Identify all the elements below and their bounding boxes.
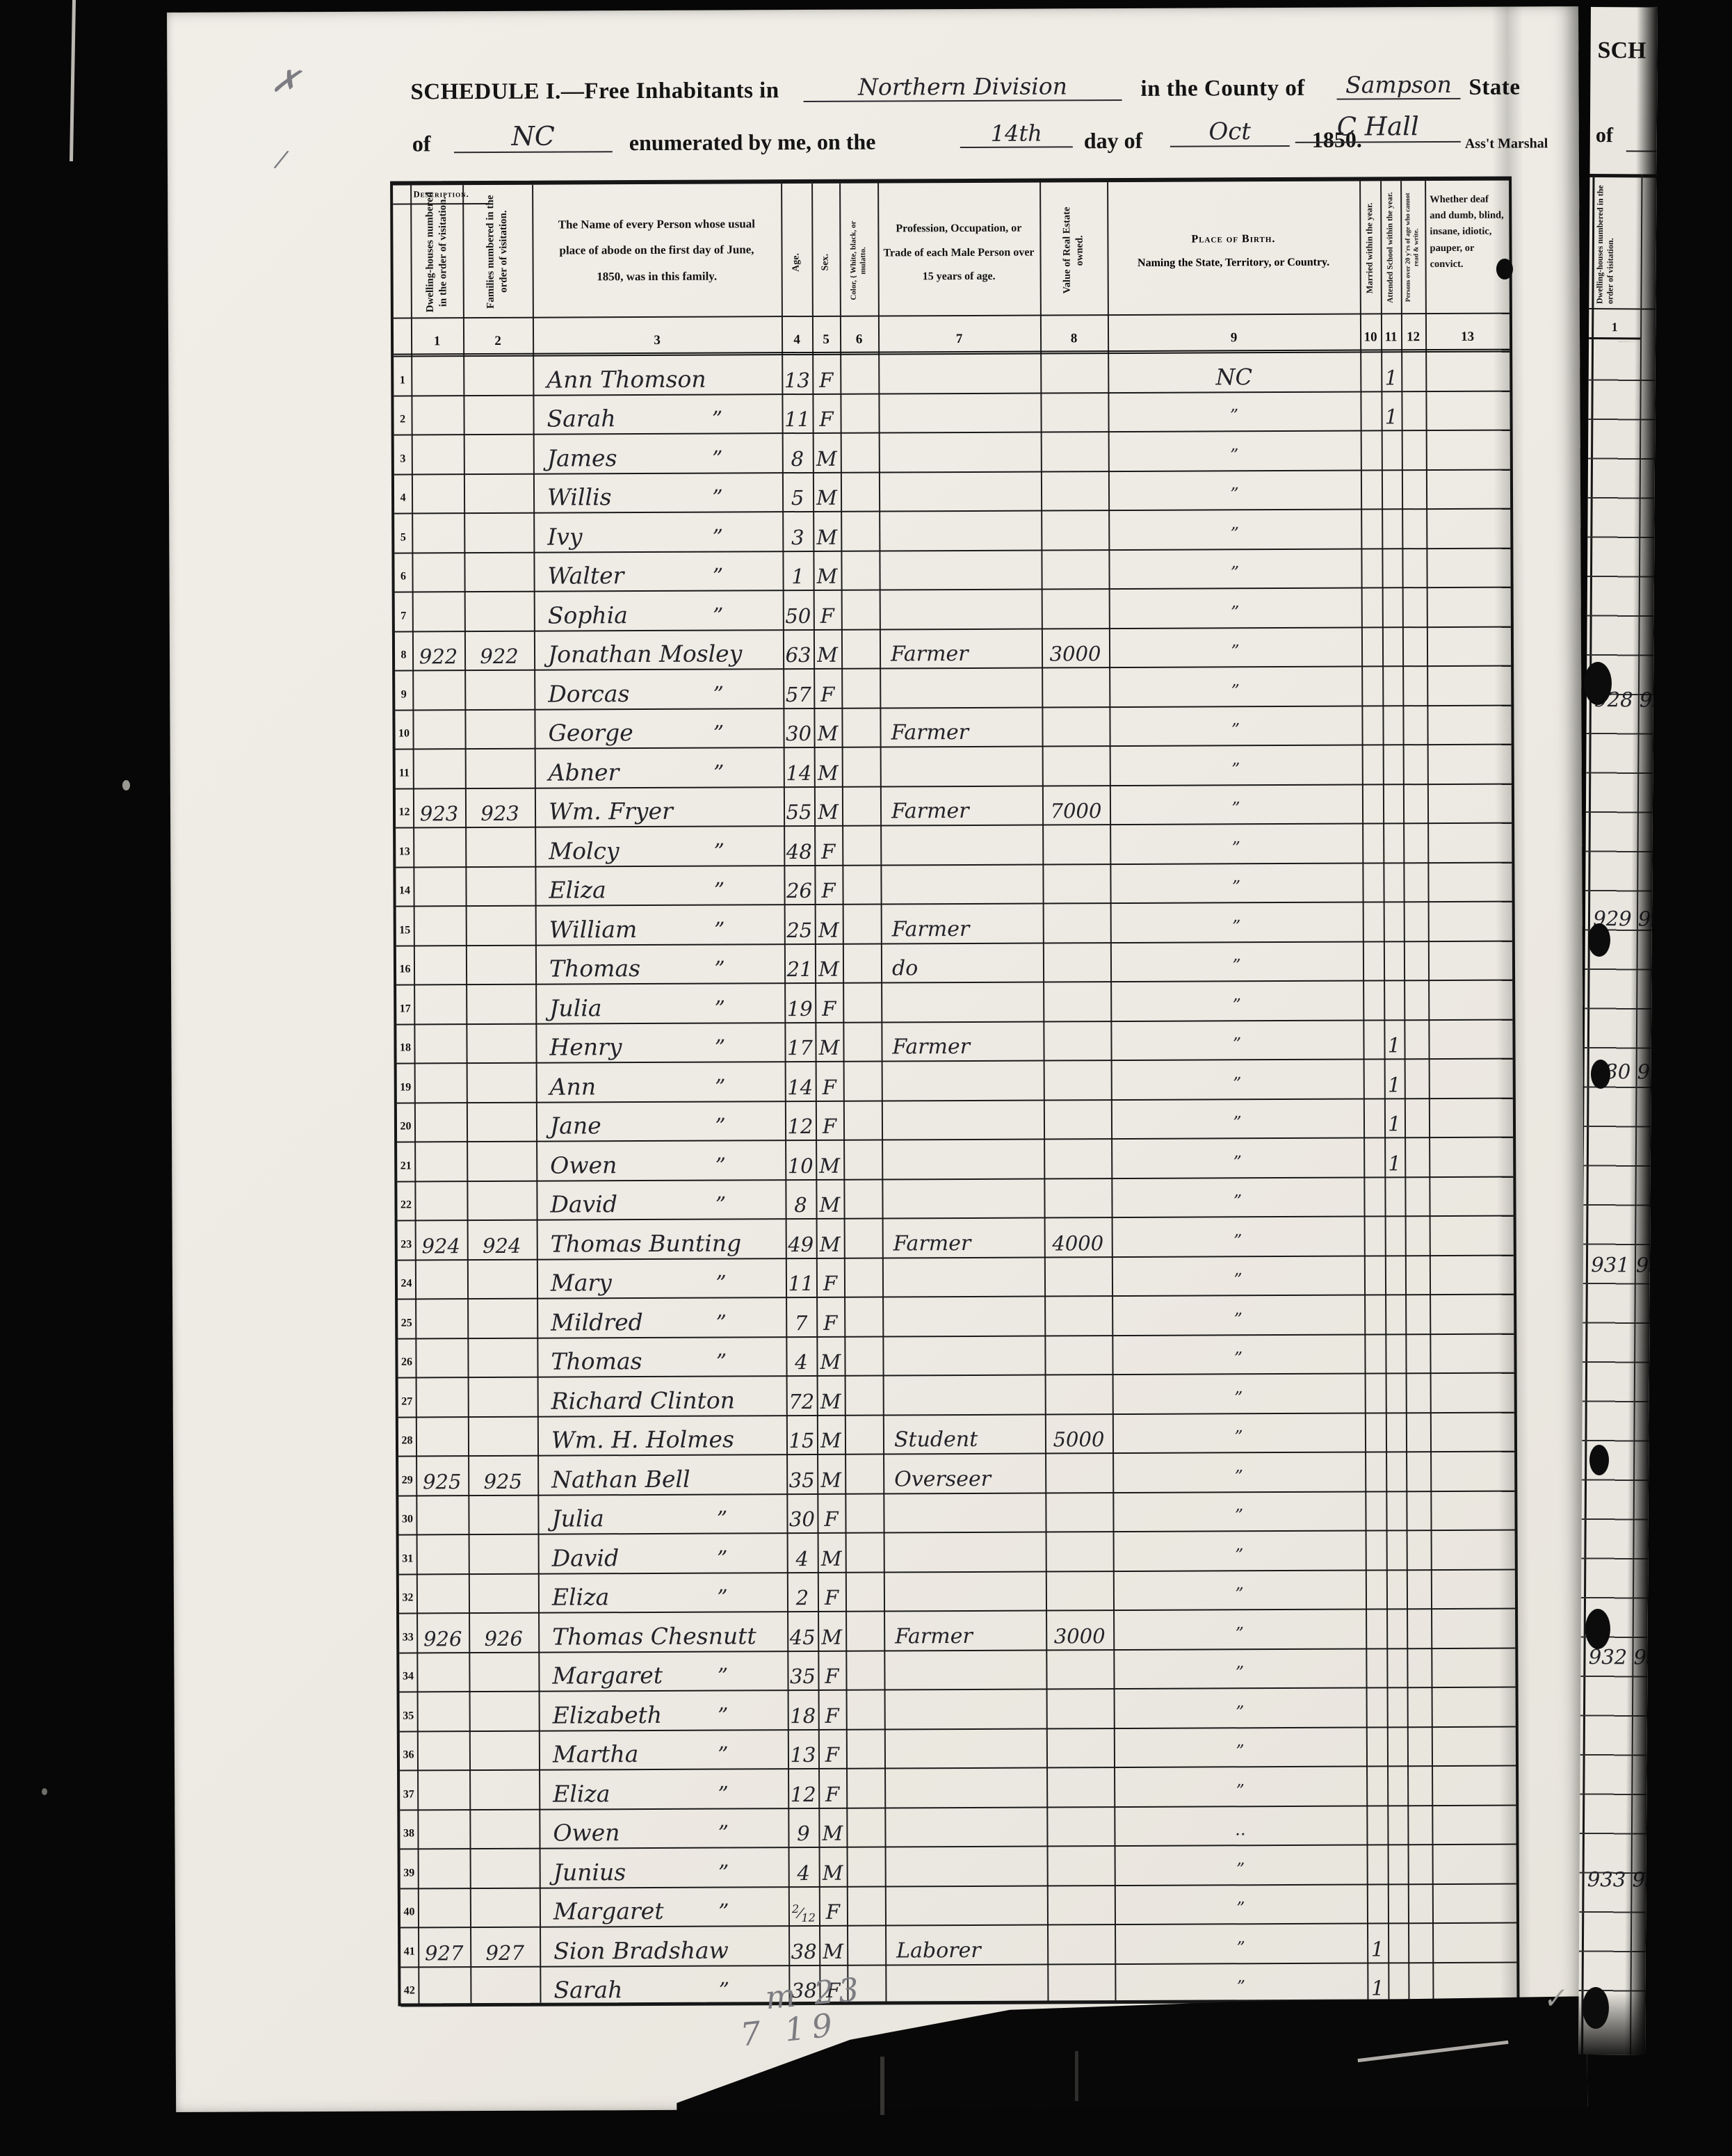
cell-birthplace: ” (1112, 1308, 1364, 1329)
marshal-signature: C Hall (1295, 111, 1461, 143)
row-line-number: 28 (398, 1434, 416, 1447)
cell-name-ditto: ” (696, 1153, 745, 1178)
cell-birthplace: ” (1113, 1583, 1366, 1604)
cell-age: 45 (787, 1625, 818, 1648)
row-line-number: 8 (395, 649, 412, 661)
cell-sex: M (813, 525, 841, 549)
row-line-number: 7 (395, 610, 412, 622)
row-line-number: 37 (400, 1788, 417, 1801)
table-row: 17 Julia ” 19 F ” (396, 981, 1512, 1026)
cell-birthplace: ” (1112, 1466, 1365, 1486)
cell-age: 72 (786, 1389, 817, 1413)
ink-blot (1591, 1060, 1610, 1089)
cell-dwelling-number: 926 (416, 1627, 469, 1651)
cell-name: Thomas Bunting (537, 1229, 725, 1257)
cell-occupation (882, 1334, 1055, 1334)
row-line-number: 40 (400, 1906, 418, 1918)
state-handwritten: NC (454, 120, 613, 153)
cell-value: 3000 (1046, 1624, 1113, 1648)
cell-occupation (884, 1608, 1057, 1609)
table-row: 20 Jane ” 12 F ” 1 (397, 1099, 1513, 1143)
cell-name-ditto: ” (699, 1742, 747, 1767)
cell-name-ditto: ” (695, 878, 743, 902)
next-page-family-number: 92 (1638, 907, 1658, 930)
row-line-number: 13 (396, 845, 413, 858)
cell-age: 49 (786, 1232, 816, 1256)
column-number: 8 (1040, 331, 1108, 346)
cell-birthplace: ” (1111, 1191, 1363, 1212)
column-number: 5 (812, 332, 840, 348)
cell-name: Ann Thomson (533, 365, 720, 393)
cell-sex: M (816, 1232, 844, 1256)
table-row: 38 Owen ” 9 M .. (400, 1806, 1516, 1850)
cell-family-number: 922 (464, 645, 534, 668)
table-row: 7 Sophia ” 50 F ” (395, 588, 1511, 633)
cell-sex: F (815, 996, 843, 1020)
row-line-number: 9 (395, 688, 412, 701)
census-table: Dwelling-houses numbered in the order of… (390, 177, 1519, 2007)
of-label: of (412, 131, 431, 156)
table-row: 27 Richard Clinton 72 M ” (398, 1374, 1514, 1418)
cell-sex: M (813, 486, 841, 510)
cell-occupation (879, 469, 1052, 470)
cell-occupation (880, 587, 1053, 587)
next-page-of-label: of (1596, 124, 1613, 147)
cell-age: 5 (782, 486, 813, 510)
row-line-number: 24 (398, 1277, 415, 1290)
cell-birthplace: ” (1115, 1897, 1367, 1918)
cell-married: 1 (1367, 1976, 1388, 2000)
cell-value: 7000 (1042, 799, 1110, 822)
cell-sex: M (816, 1153, 843, 1177)
cell-birthplace: ” (1110, 837, 1362, 858)
cell-birthplace: ” (1111, 1112, 1363, 1133)
column-number: 12 (1401, 330, 1425, 345)
col-header-value: Value of Real Estate owned. (1061, 191, 1087, 310)
cell-sex: M (814, 722, 841, 745)
row-line-number: 4 (394, 492, 412, 504)
cell-age: 50 (783, 603, 814, 627)
cell-birthplace: ” (1110, 877, 1362, 898)
cell-sex: F (818, 1782, 846, 1806)
cell-occupation (884, 1530, 1057, 1530)
cell-sex: F (816, 1311, 844, 1334)
column-number: 6 (840, 332, 878, 348)
cell-family-number: 923 (465, 802, 535, 825)
cell-birthplace: ” (1112, 1348, 1364, 1369)
cell-name: Wm. H. Holmes (537, 1426, 725, 1454)
row-line-number: 35 (400, 1710, 417, 1722)
cell-name: Wm. Fryer (535, 797, 722, 825)
next-page-dwelling-entry: 93193 (1583, 1242, 1650, 1279)
cell-birthplace: ” (1112, 1387, 1365, 1408)
cell-age: 9 (788, 1822, 818, 1845)
table-row: 9 Dorcas ” 57 F ” (395, 667, 1511, 711)
cell-sex: F (816, 1115, 843, 1138)
table-row: 34 Margaret ” 35 F ” (399, 1648, 1515, 1693)
col-header-dwelling: Dwelling-houses numbered in the order of… (423, 191, 450, 313)
column-number-row: 12345678910111213 (394, 314, 1510, 357)
cell-dwelling-number: 925 (416, 1470, 468, 1493)
cell-age: 4 (788, 1861, 819, 1884)
cell-birthplace: ” (1109, 680, 1361, 701)
cell-family-number: 925 (468, 1469, 537, 1493)
cell-name-ditto: ” (698, 1585, 747, 1610)
cell-occupation (884, 1687, 1058, 1687)
cell-occupation (882, 1137, 1055, 1137)
column-number: 1 (411, 334, 463, 349)
col-header-birthplace-sub: Naming the State, Territory, or Country. (1138, 257, 1329, 269)
cell-school: 1 (1384, 1112, 1405, 1135)
table-row: 19 Ann ” 14 F ” 1 (397, 1060, 1513, 1104)
cell-sex: M (817, 1429, 845, 1452)
cell-age: 19 (784, 996, 815, 1020)
table-row: 16 Thomas ” 21 M do ” (396, 941, 1512, 986)
row-line-number: 21 (397, 1160, 414, 1172)
cell-age: 2 (787, 1586, 818, 1610)
column-number: 4 (782, 332, 812, 348)
cell-sex: F (818, 1743, 846, 1767)
col-header-family: Families numbered in the order of visita… (484, 191, 510, 313)
cell-age: 8 (782, 446, 813, 470)
cell-birthplace: ” (1113, 1544, 1366, 1565)
next-page-dwelling-number: 933 (1583, 1867, 1629, 1891)
table-row: 24 Mary ” 11 F ” (398, 1256, 1514, 1300)
cell-birthplace: ” (1110, 1034, 1363, 1055)
cell-age: 21 (784, 957, 815, 981)
cell-name-ditto: ” (699, 1978, 748, 2002)
row-line-number: 34 (399, 1670, 416, 1683)
cell-sex: F (814, 603, 841, 627)
cell-age: 14 (784, 761, 814, 784)
cell-sex: F (812, 368, 840, 391)
cell-value: 3000 (1042, 642, 1109, 665)
row-line-number: 39 (400, 1867, 418, 1879)
cell-age: 12 (788, 1782, 818, 1806)
film-scratch (122, 780, 130, 791)
cell-birthplace: ” (1112, 1505, 1365, 1526)
next-page-column-header: Dwelling-houses numbered in the order of… (1589, 174, 1656, 310)
next-page-title-fragment: SCH (1597, 38, 1646, 64)
census-table-body: 1 Ann Thomson 13 F NC 1 2 Sarah ” 11 F ”… (394, 352, 1516, 2004)
ink-blot (1584, 662, 1612, 705)
cell-sex: M (819, 1939, 847, 1963)
next-page-family-number: 9 (1637, 1060, 1651, 1083)
cell-age: 57 (783, 682, 814, 706)
pencil-check-mark: ✓ (1541, 1981, 1567, 2016)
cell-name-ditto: ” (697, 1349, 745, 1374)
cell-occupation (882, 1098, 1055, 1099)
cell-birthplace: ” (1112, 1427, 1365, 1448)
cell-birthplace: ” (1109, 720, 1361, 740)
cell-dwelling-number: 927 (418, 1941, 470, 1965)
cell-name: Nathan Bell (537, 1465, 725, 1493)
row-line-number: 12 (396, 806, 413, 818)
cell-birthplace: ” (1110, 759, 1362, 779)
column-number: 11 (1381, 330, 1401, 345)
row-line-number: 5 (394, 531, 412, 544)
col-header-school: Attended School within the year. (1385, 192, 1395, 303)
cell-sex: F (814, 879, 842, 902)
cell-birthplace: ” (1108, 484, 1361, 505)
cell-name-ditto: ” (694, 682, 743, 706)
cell-name: Thomas Chesnutt (538, 1622, 726, 1650)
cell-birthplace: .. (1114, 1819, 1366, 1840)
table-row: 32 Eliza ” 2 F ” (399, 1570, 1515, 1614)
column-number: 7 (878, 332, 1040, 348)
cell-name-ditto: ” (696, 1075, 745, 1099)
cell-school: 1 (1381, 366, 1401, 389)
table-row: 41 927 927 Sion Bradshaw 38 M Laborer ” … (400, 1924, 1516, 1968)
cell-age: 38 (788, 1939, 819, 1963)
cell-sex: M (818, 1625, 845, 1648)
cell-birthplace: ” (1114, 1740, 1366, 1761)
cell-age: 12 (785, 1115, 816, 1138)
cell-birthplace: ” (1113, 1623, 1366, 1644)
row-line-number: 15 (396, 924, 414, 937)
scanned-census-image: ✗ ∕ SCHEDULE I.—Free Inhabitants in Nort… (0, 0, 1732, 2156)
row-line-number: 23 (398, 1238, 415, 1251)
cell-occupation: Farmer (882, 1231, 1055, 1256)
cell-dwelling-number: 923 (413, 802, 465, 825)
cell-age: 55 (784, 800, 814, 824)
table-row: 15 William ” 25 M Farmer ” (396, 902, 1512, 947)
cell-name-ditto: ” (699, 1899, 748, 1924)
next-page-blank-line (1626, 150, 1657, 152)
cell-name-ditto: ” (695, 839, 743, 864)
row-line-number: 19 (397, 1081, 414, 1094)
cell-name-ditto: ” (699, 1782, 747, 1806)
cell-name-ditto: ” (698, 1664, 747, 1688)
table-row: 39 Junius ” 4 M ” (400, 1845, 1516, 1890)
cell-age: 11 (786, 1272, 816, 1295)
cell-sex: M (814, 643, 841, 667)
cell-age: 8 (785, 1193, 816, 1217)
cell-birthplace: ” (1110, 955, 1363, 976)
cell-name-ditto: ” (694, 721, 743, 745)
table-row: 8 922 922 Jonathan Mosley 63 M Farmer 30… (395, 627, 1511, 672)
cell-sex: M (814, 761, 842, 784)
cell-birthplace: ” (1110, 798, 1362, 819)
cell-sex: F (817, 1507, 845, 1531)
cell-birthplace: ” (1108, 405, 1360, 426)
table-row: 25 Mildred ” 7 F ” (398, 1295, 1514, 1340)
col-header-color: Color, { White, black, or mulatto. (849, 209, 868, 313)
column-number: 2 (463, 334, 533, 349)
row-line-number: 17 (396, 1003, 414, 1015)
cell-age: 4 (786, 1350, 816, 1374)
table-row: 37 Eliza ” 12 F ” (400, 1767, 1516, 1811)
cell-birthplace: ” (1108, 523, 1361, 544)
cell-sex: M (814, 800, 842, 824)
film-scratch (42, 1788, 47, 1795)
cell-occupation (880, 784, 1053, 784)
cell-occupation (884, 1569, 1057, 1570)
ink-blot (1585, 1609, 1610, 1649)
cell-age: 4 (787, 1546, 818, 1570)
cell-name-ditto: ” (693, 525, 742, 549)
next-page-dwelling-number: 931 (1587, 1253, 1633, 1276)
cell-value: 4000 (1044, 1231, 1112, 1255)
col-header-name: The Name of every Person whose usual pla… (532, 197, 782, 303)
row-line-number: 27 (398, 1395, 416, 1408)
cell-name-ditto: ” (695, 761, 743, 785)
film-scratch (880, 2057, 884, 2115)
cell-birthplace: ” (1111, 1151, 1363, 1172)
cell-occupation (879, 548, 1052, 549)
table-row: 12 923 923 Wm. Fryer 55 M Farmer 7000 ” (396, 784, 1512, 829)
cell-birthplace: ” (1108, 444, 1361, 465)
table-row: 11 Abner ” 14 M ” (396, 745, 1512, 790)
table-row: 3 James ” 8 M ” (394, 431, 1510, 476)
cell-name-ditto: ” (697, 1507, 746, 1531)
day-handwritten: 14th (960, 120, 1073, 148)
table-row: 10 George ” 30 M Farmer ” (395, 706, 1511, 750)
cell-birthplace: ” (1112, 1230, 1364, 1251)
cell-sex: F (818, 1664, 845, 1688)
cell-occupation (885, 1883, 1058, 1884)
row-line-number: 25 (398, 1317, 415, 1329)
cell-sex: F (818, 1586, 845, 1610)
cell-sex: M (818, 1546, 845, 1570)
cell-birthplace: ” (1109, 601, 1361, 622)
col-header-married: Married within the year. (1364, 202, 1375, 293)
col-header-sex: Sex. (820, 254, 832, 271)
cell-age: 63 (783, 643, 814, 667)
cell-occupation (883, 1372, 1056, 1373)
cell-sex: M (815, 957, 843, 981)
col-header-illiterate: Persons over 20 y'rs of age who cannot r… (1405, 186, 1422, 309)
row-line-number: 42 (400, 1984, 418, 1997)
table-row: 36 Martha ” 13 F ” (400, 1727, 1516, 1772)
row-line-number: 10 (395, 727, 412, 740)
cell-age: 35 (786, 1468, 817, 1491)
next-page-family-number: 93 (1636, 1253, 1658, 1276)
cell-age: 14 (785, 1075, 816, 1099)
next-page-row-lines (1578, 341, 1656, 2004)
ink-blot (1583, 1987, 1609, 2029)
row-line-number: 26 (398, 1356, 415, 1368)
cell-age: 7 (786, 1311, 816, 1334)
row-line-number: 16 (396, 963, 414, 975)
cell-sex: M (819, 1861, 847, 1884)
table-row: 21 Owen ” 10 M ” 1 (397, 1138, 1513, 1183)
row-line-number: 41 (400, 1945, 418, 1958)
cell-name-ditto: ” (699, 1861, 748, 1885)
cell-occupation: Laborer (885, 1938, 1058, 1963)
next-page-strip: SCH of Dwelling-houses numbered in the o… (1578, 7, 1658, 2055)
cell-school: 1 (1384, 1151, 1405, 1175)
cell-occupation: Farmer (881, 1034, 1054, 1059)
cell-occupation (884, 1765, 1058, 1766)
cell-occupation (878, 391, 1051, 391)
next-page-family-number: 93 (1633, 1645, 1658, 1669)
pencil-x-mark: ✗ (269, 60, 302, 103)
cell-occupation: Farmer (880, 641, 1053, 666)
next-page-family-number: 92 (1640, 688, 1658, 711)
cell-occupation (885, 1922, 1058, 1923)
cell-name-ditto: ” (696, 1192, 745, 1217)
county-handwritten: Sampson (1336, 71, 1460, 100)
cell-name: Sion Bradshaw (540, 1936, 727, 1964)
table-header: Dwelling-houses numbered in the order of… (393, 181, 1510, 319)
row-line-number: 6 (395, 570, 412, 583)
cell-occupation (884, 1726, 1058, 1727)
cell-occupation (882, 1215, 1055, 1216)
row-line-number: 1 (394, 374, 411, 387)
cell-birthplace: ” (1110, 916, 1363, 937)
cell-sex: F (818, 1703, 846, 1727)
cell-name-ditto: ” (695, 996, 744, 1021)
col-header-birthplace: Place of Birth. Naming the State, Territ… (1107, 202, 1360, 301)
cell-age: 1 (782, 565, 813, 588)
film-scratch (70, 0, 76, 161)
next-page-family-number: 93 (1632, 1867, 1658, 1891)
column-number: 3 (533, 332, 782, 349)
cell-name-ditto: ” (693, 564, 742, 588)
cell-age: 13 (788, 1743, 818, 1767)
table-row: 35 Elizabeth ” 18 F ” (400, 1688, 1516, 1733)
row-line-number: 2 (394, 413, 412, 425)
row-line-number: 18 (396, 1041, 414, 1054)
col-header-profession: Profession, Occupation, or Trade of each… (877, 201, 1040, 306)
cell-birthplace: ” (1109, 641, 1361, 662)
day-of-label: day of (1084, 128, 1143, 154)
table-row: 1 Ann Thomson 13 F NC 1 (394, 352, 1510, 397)
cell-age: 3 (782, 525, 813, 549)
cell-sex: M (813, 446, 841, 470)
cell-occupation (882, 1294, 1055, 1295)
row-line-number: 3 (394, 453, 412, 465)
cell-birthplace: ” (1108, 562, 1361, 583)
table-row: 18 Henry ” 17 M Farmer ” 1 (396, 1020, 1512, 1064)
cell-name-ditto: ” (693, 446, 742, 471)
county-label: in the County of (1140, 76, 1304, 102)
cell-family-number: 927 (470, 1940, 540, 1964)
row-line-number: 30 (398, 1513, 416, 1525)
cell-occupation (884, 1805, 1058, 1806)
cell-sex: M (818, 1822, 846, 1845)
cell-name-ditto: ” (699, 1821, 747, 1845)
table-row: 5 Ivy ” 3 M ” (394, 510, 1510, 554)
cell-occupation: Farmer (884, 1623, 1057, 1648)
cell-occupation (882, 1176, 1055, 1177)
cell-occupation (883, 1412, 1056, 1413)
cell-sex: M (815, 1036, 843, 1060)
table-row: 6 Walter ” 1 M ” (394, 549, 1510, 593)
month-handwritten: Oct (1170, 117, 1290, 147)
cell-birthplace: ” (1115, 1937, 1367, 1958)
cell-name-ditto: ” (693, 485, 742, 510)
cell-name-ditto: ” (693, 407, 741, 431)
cell-dwelling-number: 924 (415, 1234, 467, 1258)
cell-age: 11 (782, 407, 812, 431)
schedule-title: SCHEDULE I.—Free Inhabitants in (410, 78, 779, 105)
next-page-entries: 92892929929309931939329393393 (1591, 7, 1658, 8)
row-line-number: 32 (399, 1591, 416, 1604)
cell-age: 26 (784, 879, 814, 902)
cell-sex: F (812, 407, 840, 431)
col-header-age: Age. (791, 253, 803, 272)
row-line-number: 20 (397, 1120, 414, 1133)
cell-birthplace: ” (1112, 1270, 1364, 1290)
table-row: 2 Sarah ” 11 F ” 1 (394, 391, 1510, 436)
cell-name-ditto: ” (698, 1546, 747, 1571)
cell-sex: M (816, 1193, 843, 1217)
table-row: 26 Thomas ” 4 M ” (398, 1334, 1514, 1379)
cell-name-ditto: ” (697, 1311, 745, 1335)
row-line-number: 22 (397, 1199, 414, 1211)
